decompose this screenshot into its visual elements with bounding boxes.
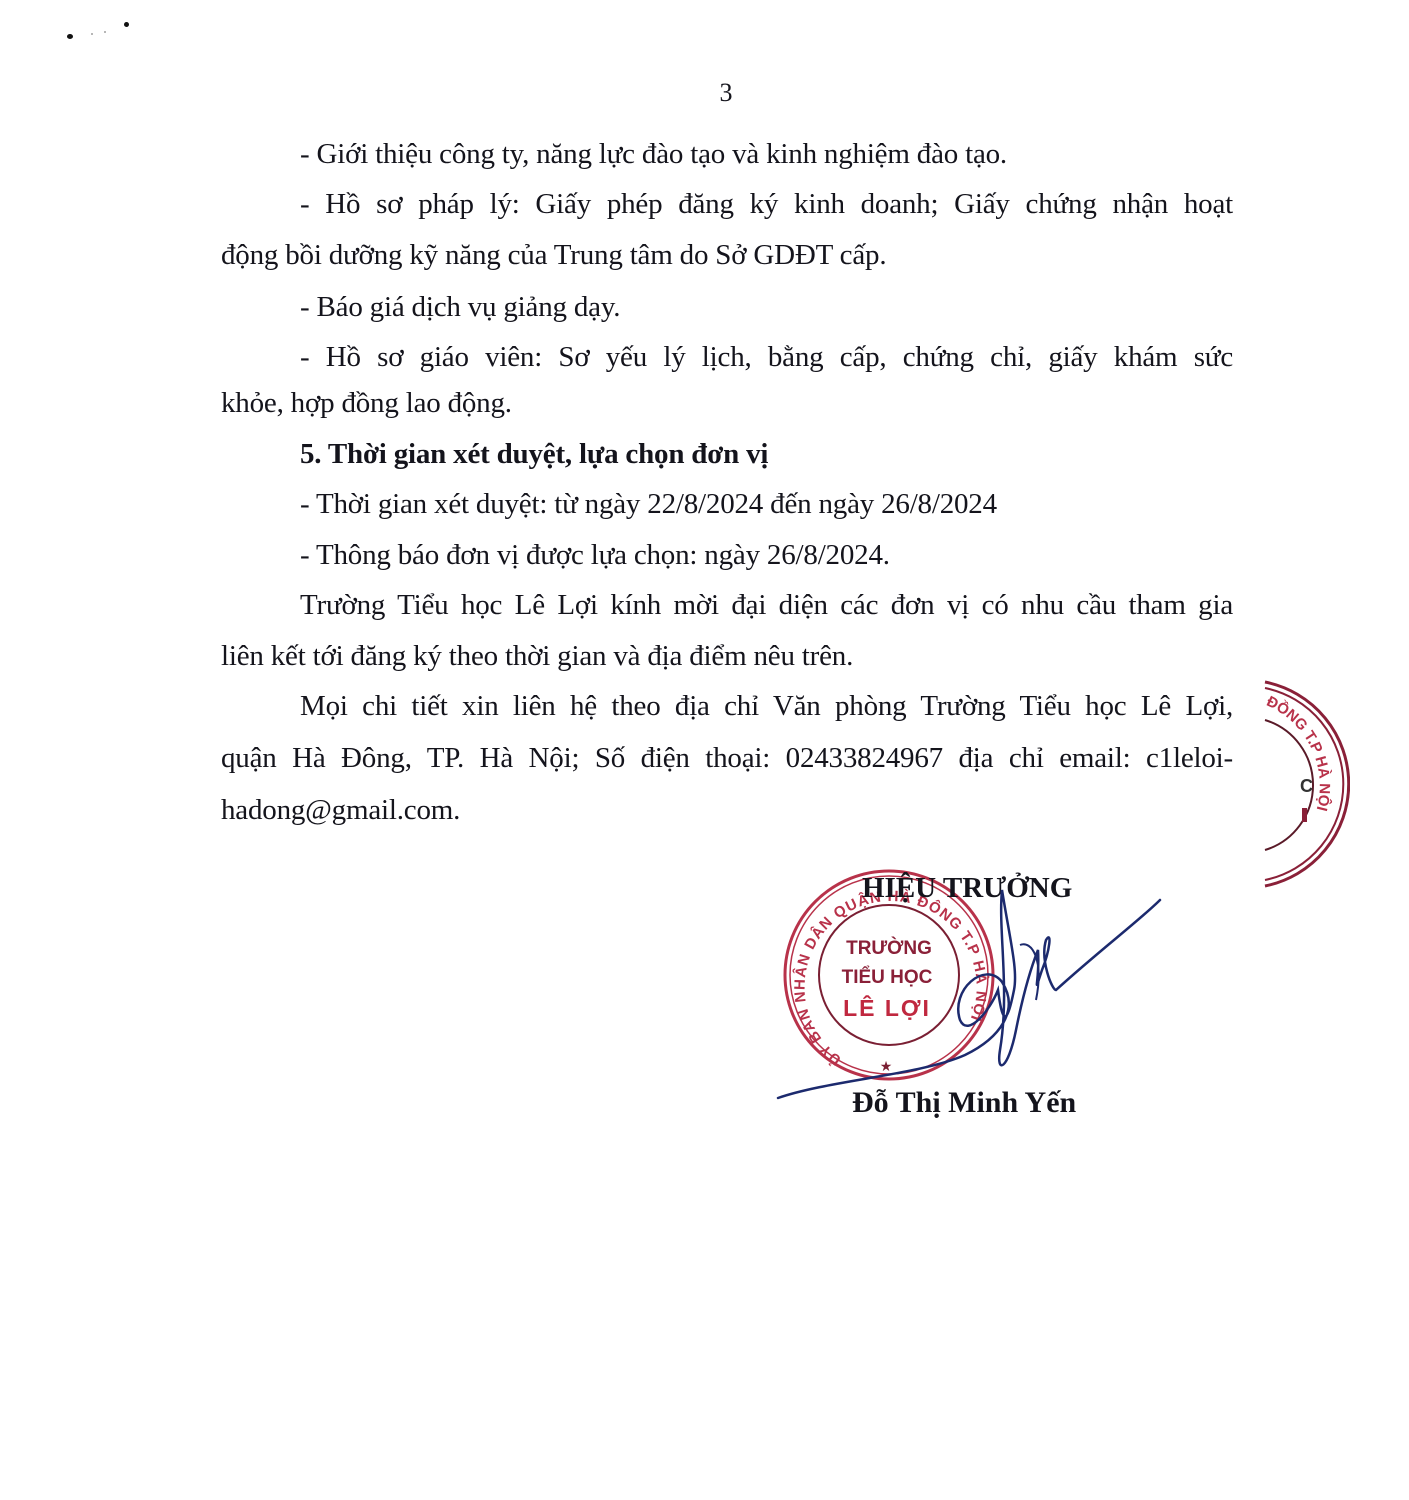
contact-line: quận Hà Đông, TP. Hà Nội; Số điện thoại:… <box>221 744 1233 773</box>
signatory-name: Đỗ Thị Minh Yến <box>852 1086 1076 1120</box>
list-item: - Báo giá dịch vụ giảng dạy. <box>300 293 620 322</box>
list-item-continuation: động bồi dưỡng kỹ năng của Trung tâm do … <box>221 241 886 270</box>
list-item: - Giới thiệu công ty, năng lực đào tạo v… <box>300 140 1007 169</box>
list-item-continuation: khỏe, hợp đồng lao động. <box>221 389 512 418</box>
svg-text:C: C <box>1300 776 1313 796</box>
selection-notice: - Thông báo đơn vị được lựa chọn: ngày 2… <box>300 541 890 570</box>
list-item: - Hồ sơ pháp lý: Giấy phép đăng ký kinh … <box>300 190 1233 219</box>
contact-email-line: hadong@gmail.com. <box>221 796 460 825</box>
contact-line: Mọi chi tiết xin liên hệ theo địa chỉ Vă… <box>300 692 1233 721</box>
review-time: - Thời gian xét duyệt: từ ngày 22/8/2024… <box>300 490 997 519</box>
handwritten-signature <box>770 870 1170 1120</box>
invitation-line: Trường Tiểu học Lê Lợi kính mời đại diện… <box>300 591 1233 620</box>
invitation-line: liên kết tới đăng ký theo thời gian và đ… <box>221 642 853 671</box>
svg-text:ĐỒNG T.P HÀ NỘI: ĐỒNG T.P HÀ NỘI <box>1264 693 1334 813</box>
section-heading: 5. Thời gian xét duyệt, lựa chọn đơn vị <box>300 440 768 469</box>
partial-stamp: ĐỒNG T.P HÀ NỘI C <box>1180 680 1350 890</box>
page-number: 3 <box>0 78 1409 108</box>
list-item: - Hồ sơ giáo viên: Sơ yếu lý lịch, bằng … <box>300 343 1233 372</box>
